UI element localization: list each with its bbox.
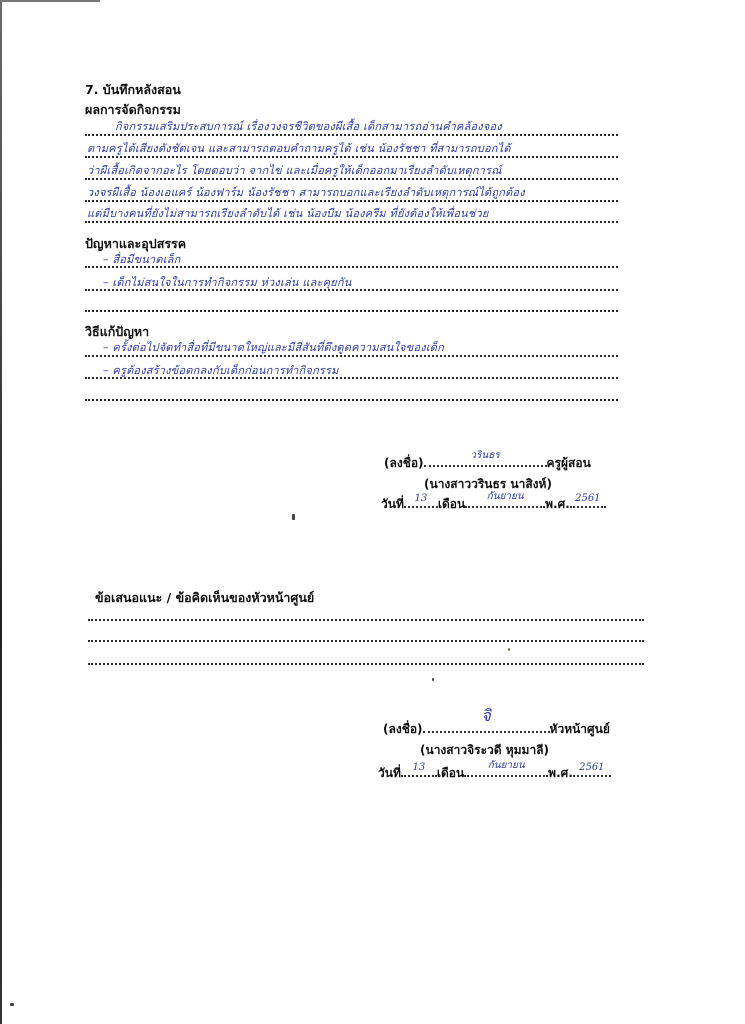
teacher-sign-row: (ลงชื่อ)วรินธรครูผู้สอน xyxy=(384,454,591,473)
month-label: เดือน xyxy=(438,497,465,511)
dotted-line xyxy=(85,178,618,180)
year-value: 2561 xyxy=(570,493,606,504)
head-role: หัวหน้าศูนย์ xyxy=(550,722,610,736)
month-line: กันยายน xyxy=(464,765,548,777)
signature-line: จิ xyxy=(423,721,550,733)
signature-line: วรินธร xyxy=(424,455,547,467)
month-line: กันยายน xyxy=(465,496,545,508)
scan-speck xyxy=(508,648,510,651)
results-line-3: ว่าผีเสื้อเกิดจากอะไร โดยตอบว่า จากไข่ แ… xyxy=(87,161,618,179)
results-line-5: แต่มีบางคนที่ยังไม่สามารถเรียงลำดับได้ เ… xyxy=(87,204,618,222)
scan-speck xyxy=(432,678,434,681)
solutions-line-1: – ครั้งต่อไปจัดทำสื่อที่มีขนาดใหญ่และมีส… xyxy=(103,338,618,356)
section-title: 7. บันทึกหลังสอน xyxy=(85,80,181,100)
scan-speck xyxy=(10,1003,14,1006)
dotted-line xyxy=(85,221,618,223)
scan-speck xyxy=(292,514,295,520)
head-signature: จิ xyxy=(423,704,550,729)
head-sign-row: (ลงชื่อ)จิหัวหน้าศูนย์ xyxy=(383,720,610,739)
month-value: กันยายน xyxy=(464,758,548,773)
results-line-1: กิจกรรมเสริมประสบการณ์ เรื่องวงจรชีวิตขอ… xyxy=(115,117,618,135)
dotted-line xyxy=(85,200,618,202)
dotted-line xyxy=(85,355,618,357)
dotted-line xyxy=(85,156,618,158)
day-value: 13 xyxy=(404,493,438,504)
scan-edge-top xyxy=(0,0,100,2)
teacher-date-row: วันที่13เดือนกันยายนพ.ศ.2561 xyxy=(381,495,606,514)
dotted-line xyxy=(85,310,618,312)
day-value: 13 xyxy=(401,762,437,773)
day-line: 13 xyxy=(404,496,438,508)
sign-label: (ลงชื่อ) xyxy=(383,722,423,736)
teacher-signature: วรินธร xyxy=(424,448,547,463)
dotted-line xyxy=(88,663,644,665)
month-label: เดือน xyxy=(437,766,464,780)
year-label: พ.ศ. xyxy=(545,497,570,511)
dotted-line xyxy=(88,619,644,621)
dotted-line xyxy=(85,399,618,401)
dotted-line xyxy=(85,134,618,136)
dotted-line xyxy=(85,289,618,291)
year-line: 2561 xyxy=(570,496,606,508)
scan-edge-left xyxy=(0,0,2,1024)
month-value: กันยายน xyxy=(465,489,545,504)
year-value: 2561 xyxy=(573,762,611,773)
results-line-2: ตามครูได้เสียงดังชัดเจน และสามารถตอบคำถา… xyxy=(87,139,618,157)
day-label: วันที่ xyxy=(381,497,404,511)
year-line: 2561 xyxy=(573,765,611,777)
comments-heading: ข้อเสนอแนะ / ข้อคิดเห็นของหัวหน้าศูนย์ xyxy=(95,588,314,608)
dotted-line xyxy=(85,266,618,268)
dotted-line xyxy=(85,377,618,379)
teacher-role: ครูผู้สอน xyxy=(547,456,591,470)
results-line-4: วงจรผีเสื้อ น้องเอแคร์ น้องฟาร์ม น้องรัช… xyxy=(87,183,618,201)
day-label: วันที่ xyxy=(378,766,401,780)
year-label: พ.ศ. xyxy=(548,766,573,780)
head-date-row: วันที่13เดือนกันยายนพ.ศ.2561 xyxy=(378,764,611,783)
day-line: 13 xyxy=(401,765,437,777)
dotted-line xyxy=(88,640,644,642)
sign-label: (ลงชื่อ) xyxy=(384,456,424,470)
